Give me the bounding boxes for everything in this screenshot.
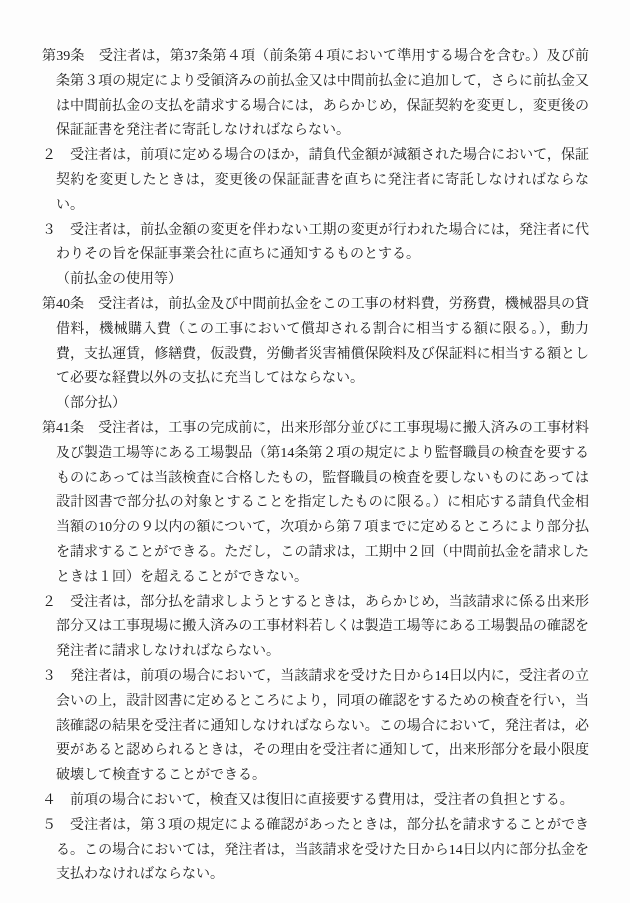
contract-text-body: 第39条 受注者は，第37条第４項（前条第４項において準用する場合を含む。）及び… [42, 45, 589, 888]
paragraph-item-2: ３ 受注者は，前払金額の変更を伴わない工期の変更が行われた場合には，発注者に代わ… [42, 219, 589, 269]
paragraph-item-7: ２ 受注者は，部分払を請求しようとするときは，あらかじめ，当該請求に係る出来形部… [42, 591, 589, 665]
paragraph-item-10: ５ 受注者は，第３項の規定による確認があったときは，部分払を請求することができる… [42, 814, 589, 888]
paragraph-item-1: ２ 受注者は，前項に定める場合のほか，請負代金額が減額された場合において，保証契… [42, 144, 589, 218]
paragraph-article-0: 第39条 受注者は，第37条第４項（前条第４項において準用する場合を含む。）及び… [42, 45, 589, 144]
paragraph-heading-5: （部分払） [42, 392, 589, 417]
paragraph-item-9: ４ 前項の場合において，検査又は復旧に直接要する費用は，受注者の負担とする。 [42, 789, 589, 814]
paragraph-item-8: ３ 発注者は，前項の場合において，当該請求を受けた日から14日以内に，受注者の立… [42, 665, 589, 789]
document-page: 第39条 受注者は，第37条第４項（前条第４項において準用する場合を含む。）及び… [0, 0, 630, 903]
paragraph-article-4: 第40条 受注者は，前払金及び中間前払金をこの工事の材料費，労務費，機械器具の貸… [42, 293, 589, 392]
paragraph-article-6: 第41条 受注者は，工事の完成前に，出来形部分並びに工事現場に搬入済みの工事材料… [42, 417, 589, 591]
paragraph-heading-3: （前払金の使用等） [42, 268, 589, 293]
